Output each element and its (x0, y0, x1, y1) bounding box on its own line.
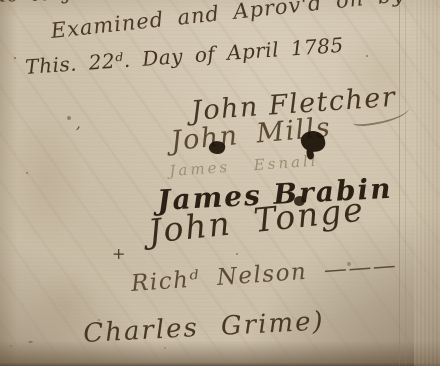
signature-richd-nelson: Richᵈ Nelson ——— (130, 254, 398, 296)
signature-charles-grime: Charles Grime) (83, 308, 326, 347)
ink-specks (14, 57, 16, 59)
approval-line: Examined and Aprov'd on by us (50, 0, 440, 42)
ink-plus-mark: + (112, 246, 125, 262)
chain-line (405, 0, 406, 366)
manuscript-page: ue to James o' acco ——— Examined and Apr… (0, 0, 440, 366)
chain-line (399, 0, 400, 366)
paper-stain (6, 110, 86, 250)
date-line: This. 22ᵈ. Day of April 1785 (25, 35, 345, 77)
signature-faint: James Esnall (169, 154, 319, 179)
ink-dash-mark: - (28, 334, 33, 349)
ink-comma-mark: , (76, 116, 81, 131)
page-edge (414, 0, 440, 366)
